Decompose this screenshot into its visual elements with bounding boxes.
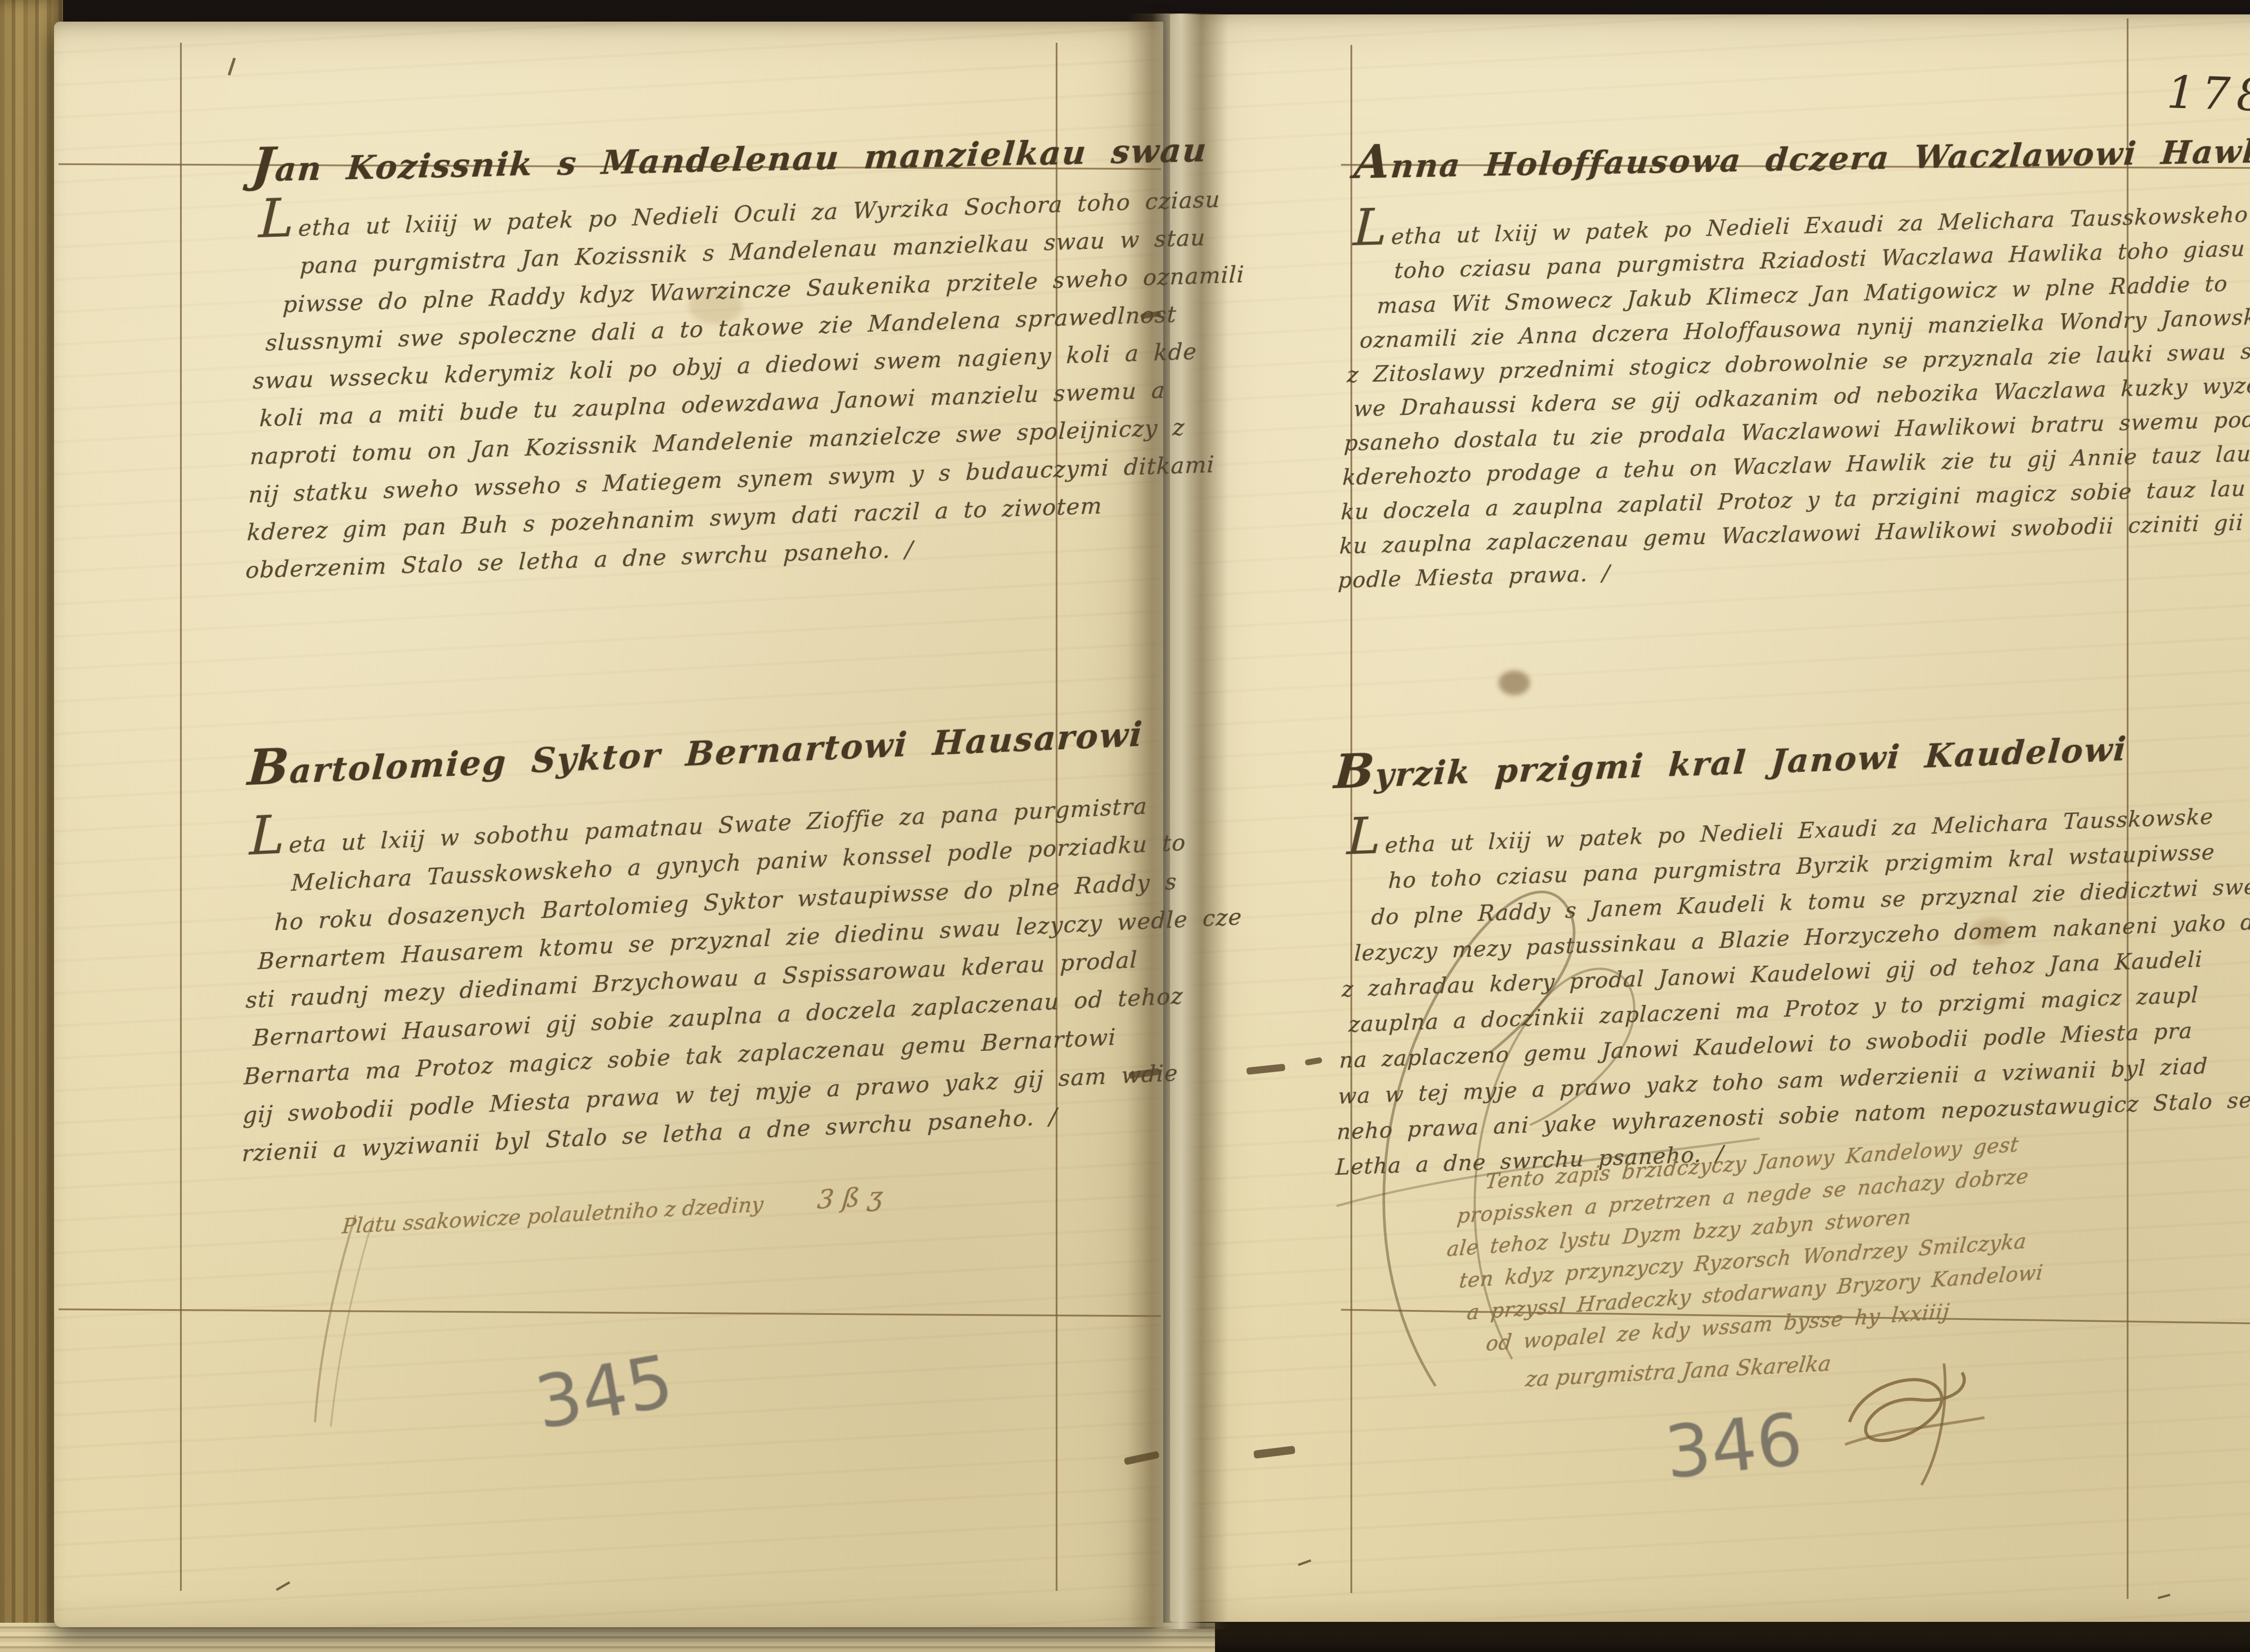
pencil-page-number: 346: [1661, 1397, 1806, 1495]
book-page-edges-left: [0, 0, 63, 1652]
folio-number: 178: [2166, 66, 2250, 122]
record-body: Letha ut lxiiij w patek po Nedieli Oculi…: [245, 180, 1087, 589]
ink-blot: [1498, 671, 1530, 695]
record-body: Leta ut lxiij w sobothu pamatnau Swate Z…: [241, 785, 1095, 1173]
manuscript-photo: 178 Jan Kozissnik s Mandelenau manzielka…: [0, 0, 2250, 1652]
pen-flourish: [306, 1206, 441, 1431]
signature-paraph-icon: [1836, 1355, 1998, 1490]
margin-rule-left-page-left: [180, 43, 182, 1591]
fee-note-amount: 3 ß ʒ: [816, 1180, 884, 1215]
book-shadow-bottom: [1215, 1618, 2250, 1652]
book-gutter: [1127, 14, 1240, 1629]
record-body: Letha ut lxiij w patek po Nedieli Exaudi…: [1337, 194, 2164, 598]
